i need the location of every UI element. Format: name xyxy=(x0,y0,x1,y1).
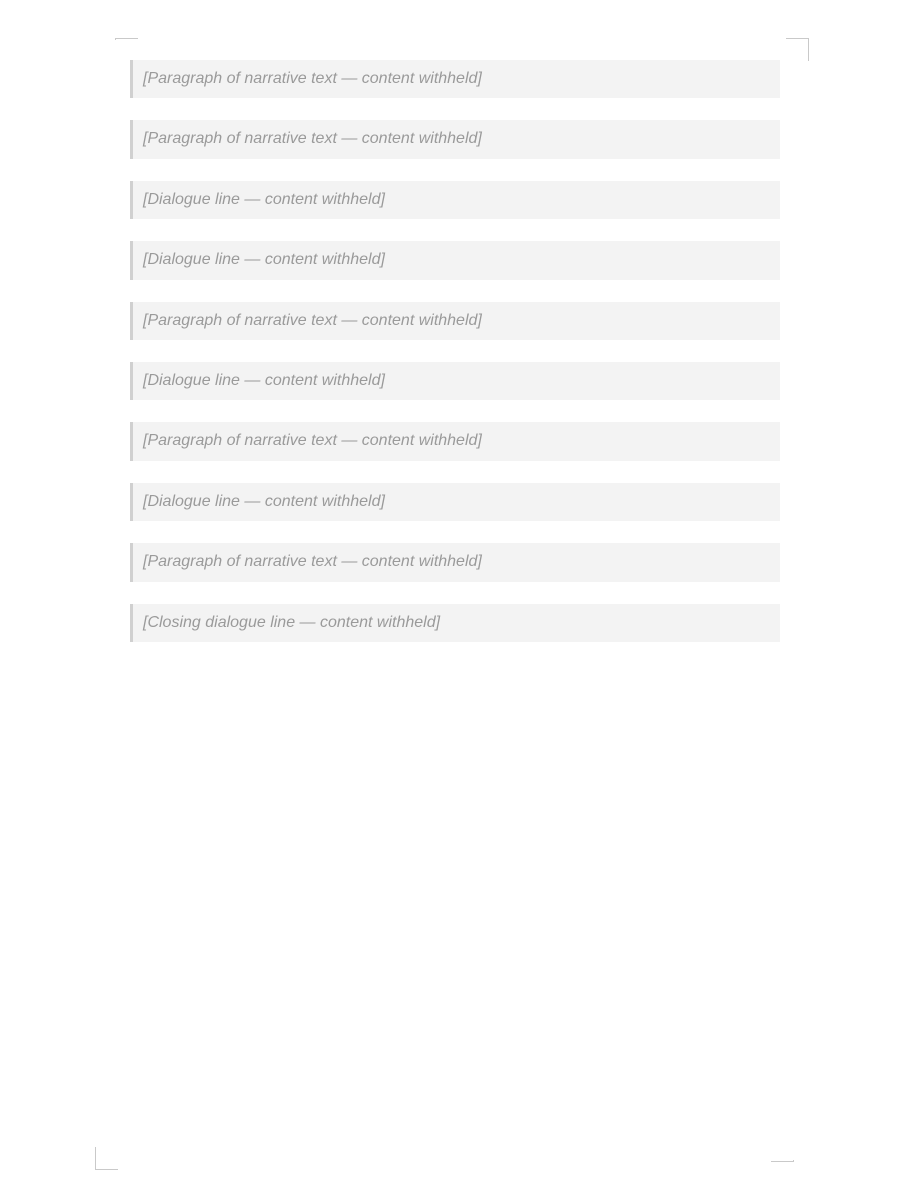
paragraph: [Dialogue line — content withheld] xyxy=(130,181,780,219)
paragraph: [Paragraph of narrative text — content w… xyxy=(130,60,780,98)
paragraph: [Paragraph of narrative text — content w… xyxy=(130,543,780,581)
document-text-column: [Paragraph of narrative text — content w… xyxy=(130,60,780,664)
paragraph: [Paragraph of narrative text — content w… xyxy=(130,422,780,460)
paragraph: [Dialogue line — content withheld] xyxy=(130,483,780,521)
paragraph: [Dialogue line — content withheld] xyxy=(130,241,780,279)
paragraph: [Closing dialogue line — content withhel… xyxy=(130,604,780,642)
paragraph: [Dialogue line — content withheld] xyxy=(130,362,780,400)
paragraph: [Paragraph of narrative text — content w… xyxy=(130,302,780,340)
paragraph: [Paragraph of narrative text — content w… xyxy=(130,120,780,158)
